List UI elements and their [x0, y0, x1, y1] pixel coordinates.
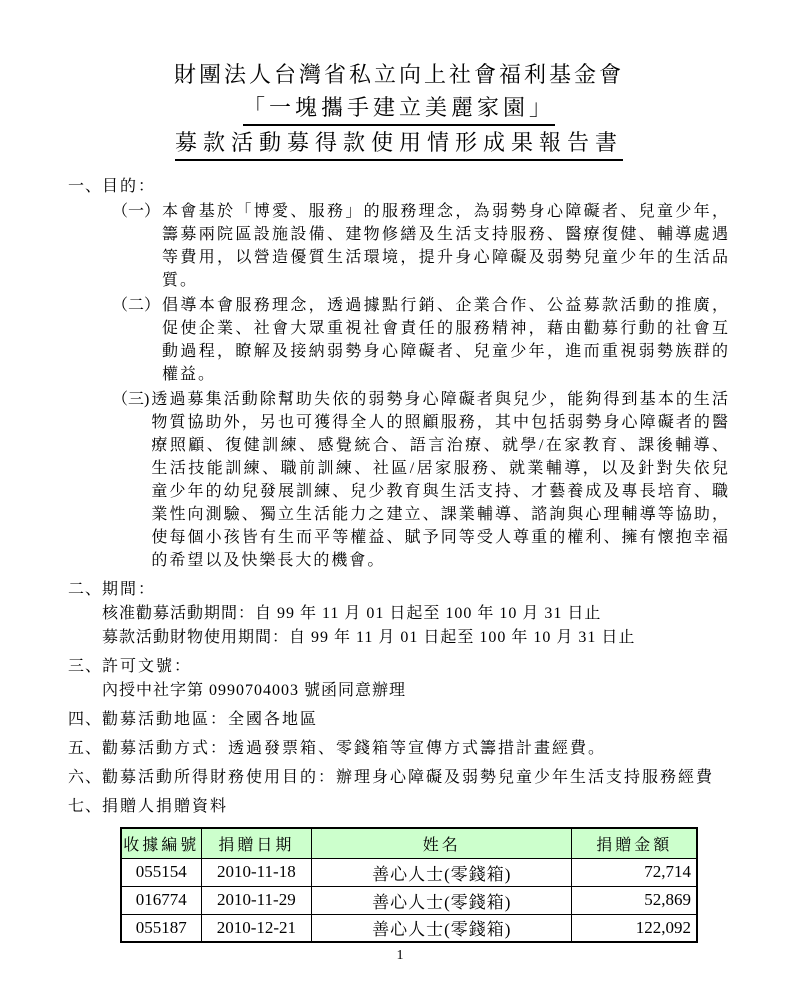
table-header-row: 收據編號 捐贈日期 姓名 捐贈金額: [121, 828, 697, 858]
item-text: 本會基於「博愛、服務」的服務理念，為弱勢身心障礙者、兒童少年，籌募兩院區設施設備…: [162, 200, 730, 292]
permit-heading: 許可文號：: [102, 655, 730, 678]
section-number: 六、: [68, 766, 102, 789]
campaign-name: 「一塊攜手建立美麗家園」: [243, 94, 555, 126]
permit-document-number: 內授中社字第 0990704003 號函同意辦理: [102, 679, 730, 702]
header-donor-name: 姓名: [312, 828, 572, 858]
donor-name-cell: 善心人士(零錢箱): [312, 886, 572, 914]
section-number: 七、: [68, 795, 102, 818]
receipt-no-cell: 016774: [121, 886, 201, 914]
section-fund-usage: 六、 勸募活動所得財務使用目的：辦理身心障礙及弱勢兒童少年生活支持服務經費: [68, 766, 730, 789]
purpose-item-2: （二） 倡導本會服務理念，透過據點行銷、企業合作、公益募款活動的推廣，促使企業、…: [112, 294, 730, 386]
purpose-heading: 目的：: [102, 175, 730, 198]
section-method: 五、 勸募活動方式：透過發票箱、零錢箱等宣傳方式籌措計畫經費。: [68, 737, 730, 760]
document-page: 財團法人台灣省私立向上社會福利基金會 「一塊攜手建立美麗家園」 募款活動募得款使…: [0, 0, 800, 1000]
donation-date-cell: 2010-11-18: [201, 858, 312, 886]
donation-amount-cell: 52,869: [572, 886, 697, 914]
section-period: 二、 期間： 核准勸募活動期間：自 99 年 11 月 01 日起至 100 年…: [68, 578, 730, 649]
section-purpose: 一、 目的： （一） 本會基於「博愛、服務」的服務理念，為弱勢身心障礙者、兒童少…: [68, 175, 730, 572]
section-donations: 七、 捐贈人捐贈資料: [68, 795, 730, 818]
region-text: 勸募活動地區：全國各地區: [102, 708, 730, 731]
purpose-item-1: （一） 本會基於「博愛、服務」的服務理念，為弱勢身心障礙者、兒童少年，籌募兩院區…: [112, 200, 730, 292]
donation-amount-cell: 72,714: [572, 858, 697, 886]
section-number: 一、: [68, 175, 102, 572]
fund-usage-text: 勸募活動所得財務使用目的：辦理身心障礙及弱勢兒童少年生活支持服務經費: [102, 766, 730, 789]
header-donation-amount: 捐贈金額: [572, 828, 697, 858]
section-number: 二、: [68, 578, 102, 649]
organization-name: 財團法人台灣省私立向上社會福利基金會: [68, 58, 730, 91]
section-number: 四、: [68, 708, 102, 731]
table-row: 016774 2010-11-29 善心人士(零錢箱) 52,869: [121, 886, 697, 914]
section-permit-number: 三、 許可文號： 內授中社字第 0990704003 號函同意辦理: [68, 655, 730, 702]
report-title: 募款活動募得款使用情形成果報告書: [175, 129, 623, 161]
campaign-name-line: 「一塊攜手建立美麗家園」: [68, 91, 730, 126]
donations-table: 收據編號 捐贈日期 姓名 捐贈金額 055154 2010-11-18 善心人士…: [120, 827, 698, 943]
donation-amount-cell: 122,092: [572, 914, 697, 942]
section-region: 四、 勸募活動地區：全國各地區: [68, 708, 730, 731]
period-heading: 期間：: [102, 578, 730, 601]
table-row: 055187 2010-12-21 善心人士(零錢箱) 122,092: [121, 914, 697, 942]
section-number: 五、: [68, 737, 102, 760]
donor-name-cell: 善心人士(零錢箱): [312, 914, 572, 942]
report-title-line: 募款活動募得款使用情形成果報告書: [68, 126, 730, 161]
item-marker: （三): [112, 388, 149, 572]
header-donation-date: 捐贈日期: [201, 828, 312, 858]
donation-date-cell: 2010-12-21: [201, 914, 312, 942]
document-title-block: 財團法人台灣省私立向上社會福利基金會 「一塊攜手建立美麗家園」 募款活動募得款使…: [68, 58, 730, 161]
item-text: 倡導本會服務理念，透過據點行銷、企業合作、公益募款活動的推廣，促使企業、社會大眾…: [162, 294, 730, 386]
item-marker: （二）: [112, 294, 160, 386]
item-text: 透過募集活動除幫助失依的弱勢身心障礙者與兒少，能夠得到基本的生活物質協助外，另也…: [151, 388, 730, 572]
receipt-no-cell: 055154: [121, 858, 201, 886]
approved-period: 核准勸募活動期間：自 99 年 11 月 01 日起至 100 年 10 月 3…: [102, 602, 730, 625]
item-marker: （一）: [112, 200, 160, 292]
method-text: 勸募活動方式：透過發票箱、零錢箱等宣傳方式籌措計畫經費。: [102, 737, 730, 760]
fund-use-period: 募款活動財物使用期間：自 99 年 11 月 01 日起至 100 年 10 月…: [102, 626, 730, 649]
purpose-item-3: （三) 透過募集活動除幫助失依的弱勢身心障礙者與兒少，能夠得到基本的生活物質協助…: [112, 388, 730, 572]
receipt-no-cell: 055187: [121, 914, 201, 942]
table-row: 055154 2010-11-18 善心人士(零錢箱) 72,714: [121, 858, 697, 886]
header-receipt-no: 收據編號: [121, 828, 201, 858]
section-number: 三、: [68, 655, 102, 702]
page-number: 1: [0, 948, 800, 964]
donation-date-cell: 2010-11-29: [201, 886, 312, 914]
donor-name-cell: 善心人士(零錢箱): [312, 858, 572, 886]
donations-heading: 捐贈人捐贈資料: [102, 795, 730, 818]
